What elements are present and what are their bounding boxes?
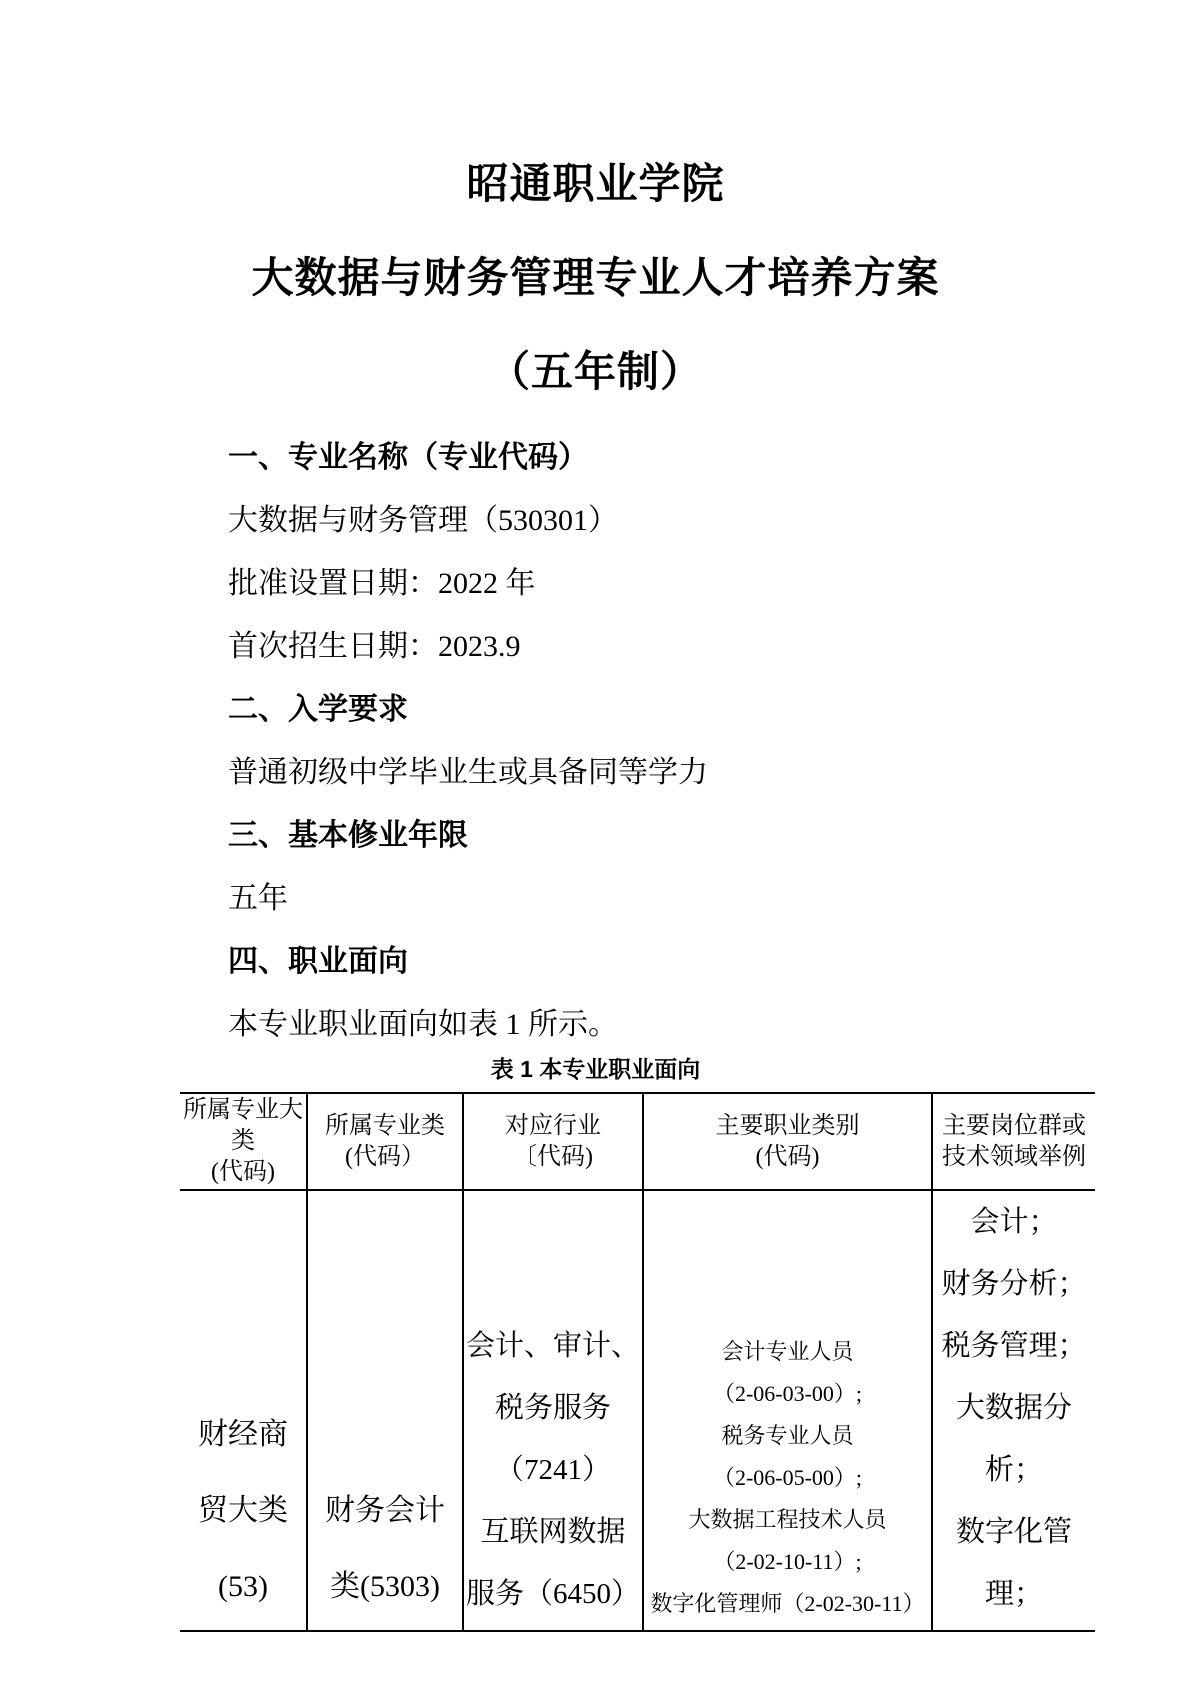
duration-title: （五年制） bbox=[0, 325, 1191, 419]
section-heading-3: 三、基本修业年限 bbox=[228, 804, 1191, 867]
cell-occupations: 会计专业人员 （2-06-03-00）; 税务专业人员 （2-06-05-00）… bbox=[643, 1190, 932, 1631]
document-page: 昭通职业学院 大数据与财务管理专业人才培养方案 （五年制） 一、专业名称（专业代… bbox=[0, 0, 1191, 1684]
header-cell-sub-category: 所属专业类 (代码） bbox=[307, 1093, 463, 1190]
section-heading-4: 四、职业面向 bbox=[228, 930, 1191, 993]
header-cell-major-category: 所属专业大 类 (代码) bbox=[180, 1093, 307, 1190]
cell-major-category: 财经商 贸大类 (53) bbox=[180, 1190, 307, 1631]
document-title-block: 昭通职业学院 大数据与财务管理专业人才培养方案 （五年制） bbox=[0, 0, 1191, 419]
career-orientation-table: 所属专业大 类 (代码) 所属专业类 (代码） 对应行业 〔代码) 主要职业类别… bbox=[180, 1092, 1095, 1632]
college-title: 昭通职业学院 bbox=[0, 137, 1191, 231]
first-enrollment-paragraph: 首次招生日期：2023.9 bbox=[228, 615, 1191, 678]
table-caption: 表 1 本专业职业面向 bbox=[0, 1052, 1191, 1086]
program-title: 大数据与财务管理专业人才培养方案 bbox=[0, 231, 1191, 325]
major-name-paragraph: 大数据与财务管理（530301） bbox=[228, 489, 1191, 552]
section-heading-2: 二、入学要求 bbox=[228, 678, 1191, 741]
section-heading-1: 一、专业名称（专业代码） bbox=[228, 426, 1191, 489]
cell-sub-category: 财务会计 类(5303) bbox=[307, 1190, 463, 1631]
table-row: 财经商 贸大类 (53) 财务会计 类(5303) 会计、审计、 税务服务 （7… bbox=[180, 1190, 1095, 1631]
entry-requirement-paragraph: 普通初级中学毕业生或具备同等学力 bbox=[228, 741, 1191, 804]
table-header-row: 所属专业大 类 (代码) 所属专业类 (代码） 对应行业 〔代码) 主要职业类别… bbox=[180, 1093, 1095, 1190]
cell-industries: 会计、审计、 税务服务 （7241） 互联网数据 服务（6450） bbox=[463, 1190, 643, 1631]
approval-date-paragraph: 批准设置日期：2022 年 bbox=[228, 552, 1191, 615]
study-years-paragraph: 五年 bbox=[228, 867, 1191, 930]
header-cell-occupations: 主要职业类别 (代码) bbox=[643, 1093, 932, 1190]
document-body: 一、专业名称（专业代码） 大数据与财务管理（530301） 批准设置日期：202… bbox=[228, 426, 1191, 1056]
table-intro-paragraph: 本专业职业面向如表 1 所示。 bbox=[228, 993, 1191, 1056]
cell-positions: 会计； 财务分析； 税务管理； 大数据分析； 数字化管理； bbox=[932, 1190, 1095, 1631]
header-cell-positions: 主要岗位群或 技术领域举例 bbox=[932, 1093, 1095, 1190]
header-cell-industries: 对应行业 〔代码) bbox=[463, 1093, 643, 1190]
